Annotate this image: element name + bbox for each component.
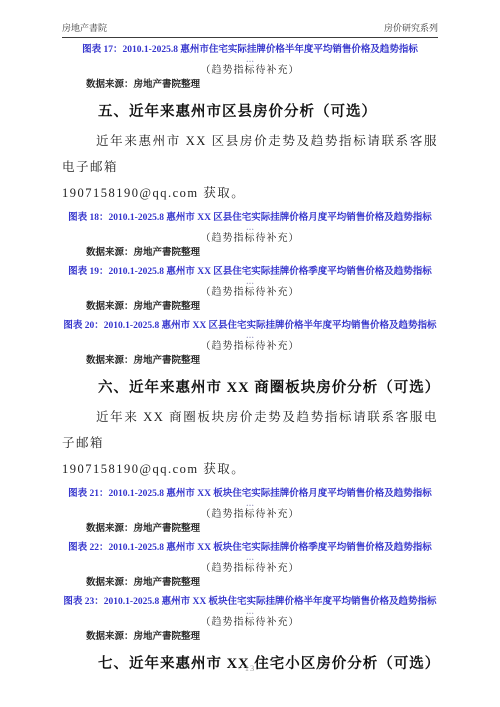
figure-block-23: 图表 23：2010.1-2025.8 惠州市 XX 板块住宅实际挂牌价格半年度… [62, 596, 438, 644]
data-source-line: 数据来源：房地产書院整理 [86, 247, 438, 260]
section-heading-6: 六、近年来惠州市 XX 商圈板块房价分析（可选） [62, 378, 438, 398]
pending-note: （趋势指标待补充） [62, 508, 438, 522]
data-source-line: 数据来源：房地产書院整理 [86, 631, 438, 644]
paragraph-line-email: 1907158190@qq.com 获取。 [62, 456, 438, 482]
pending-note: （趋势指标待补充） [62, 286, 438, 300]
pending-note: （趋势指标待补充） [62, 64, 438, 78]
figure-block-18: 图表 18：2010.1-2025.8 惠州市 XX 区县住宅实际挂牌价格月度平… [62, 212, 438, 260]
caption-ellipsis: … [62, 279, 438, 285]
paragraph-line-email: 1907158190@qq.com 获取。 [62, 180, 438, 206]
pending-note: （趋势指标待补充） [62, 616, 438, 630]
caption-ellipsis: … [62, 609, 438, 615]
paragraph-line: 近年来 XX 商圈板块房价走势及趋势指标请联系客服电子邮箱 [62, 404, 438, 456]
data-source-line: 数据来源：房地产書院整理 [86, 355, 438, 368]
page-number: - 13 - [0, 663, 500, 673]
pending-note: （趋势指标待补充） [62, 562, 438, 576]
figure-block-17: 图表 17：2010.1-2025.8 惠州市住宅实际挂牌价格半年度平均销售价格… [62, 44, 438, 92]
caption-ellipsis: … [62, 225, 438, 231]
paragraph-line: 近年来惠州市 XX 区县房价走势及趋势指标请联系客服电子邮箱 [62, 128, 438, 180]
figure-block-19: 图表 19：2010.1-2025.8 惠州市 XX 区县住宅实际挂牌价格季度平… [62, 266, 438, 314]
data-source-line: 数据来源：房地产書院整理 [86, 301, 438, 314]
caption-ellipsis: … [62, 57, 438, 63]
figure-block-21: 图表 21：2010.1-2025.8 惠州市 XX 板块住宅实际挂牌价格月度平… [62, 488, 438, 536]
document-page: 房地产書院 房价研究系列 图表 17：2010.1-2025.8 惠州市住宅实际… [0, 0, 500, 707]
figure-block-20: 图表 20：2010.1-2025.8 惠州市 XX 区县住宅实际挂牌价格半年度… [62, 320, 438, 368]
pending-note: （趋势指标待补充） [62, 232, 438, 246]
pending-note: （趋势指标待补充） [62, 340, 438, 354]
header-left-text: 房地产書院 [62, 22, 107, 34]
running-header: 房地产書院 房价研究系列 [62, 22, 438, 38]
header-right-text: 房价研究系列 [384, 22, 438, 34]
section-heading-5: 五、近年来惠州市区县房价分析（可选） [62, 102, 438, 122]
data-source-line: 数据来源：房地产書院整理 [86, 79, 438, 92]
data-source-line: 数据来源：房地产書院整理 [86, 523, 438, 536]
caption-ellipsis: … [62, 333, 438, 339]
caption-ellipsis: … [62, 501, 438, 507]
data-source-line: 数据来源：房地产書院整理 [86, 577, 438, 590]
figure-block-22: 图表 22：2010.1-2025.8 惠州市 XX 板块住宅实际挂牌价格季度平… [62, 542, 438, 590]
caption-ellipsis: … [62, 555, 438, 561]
